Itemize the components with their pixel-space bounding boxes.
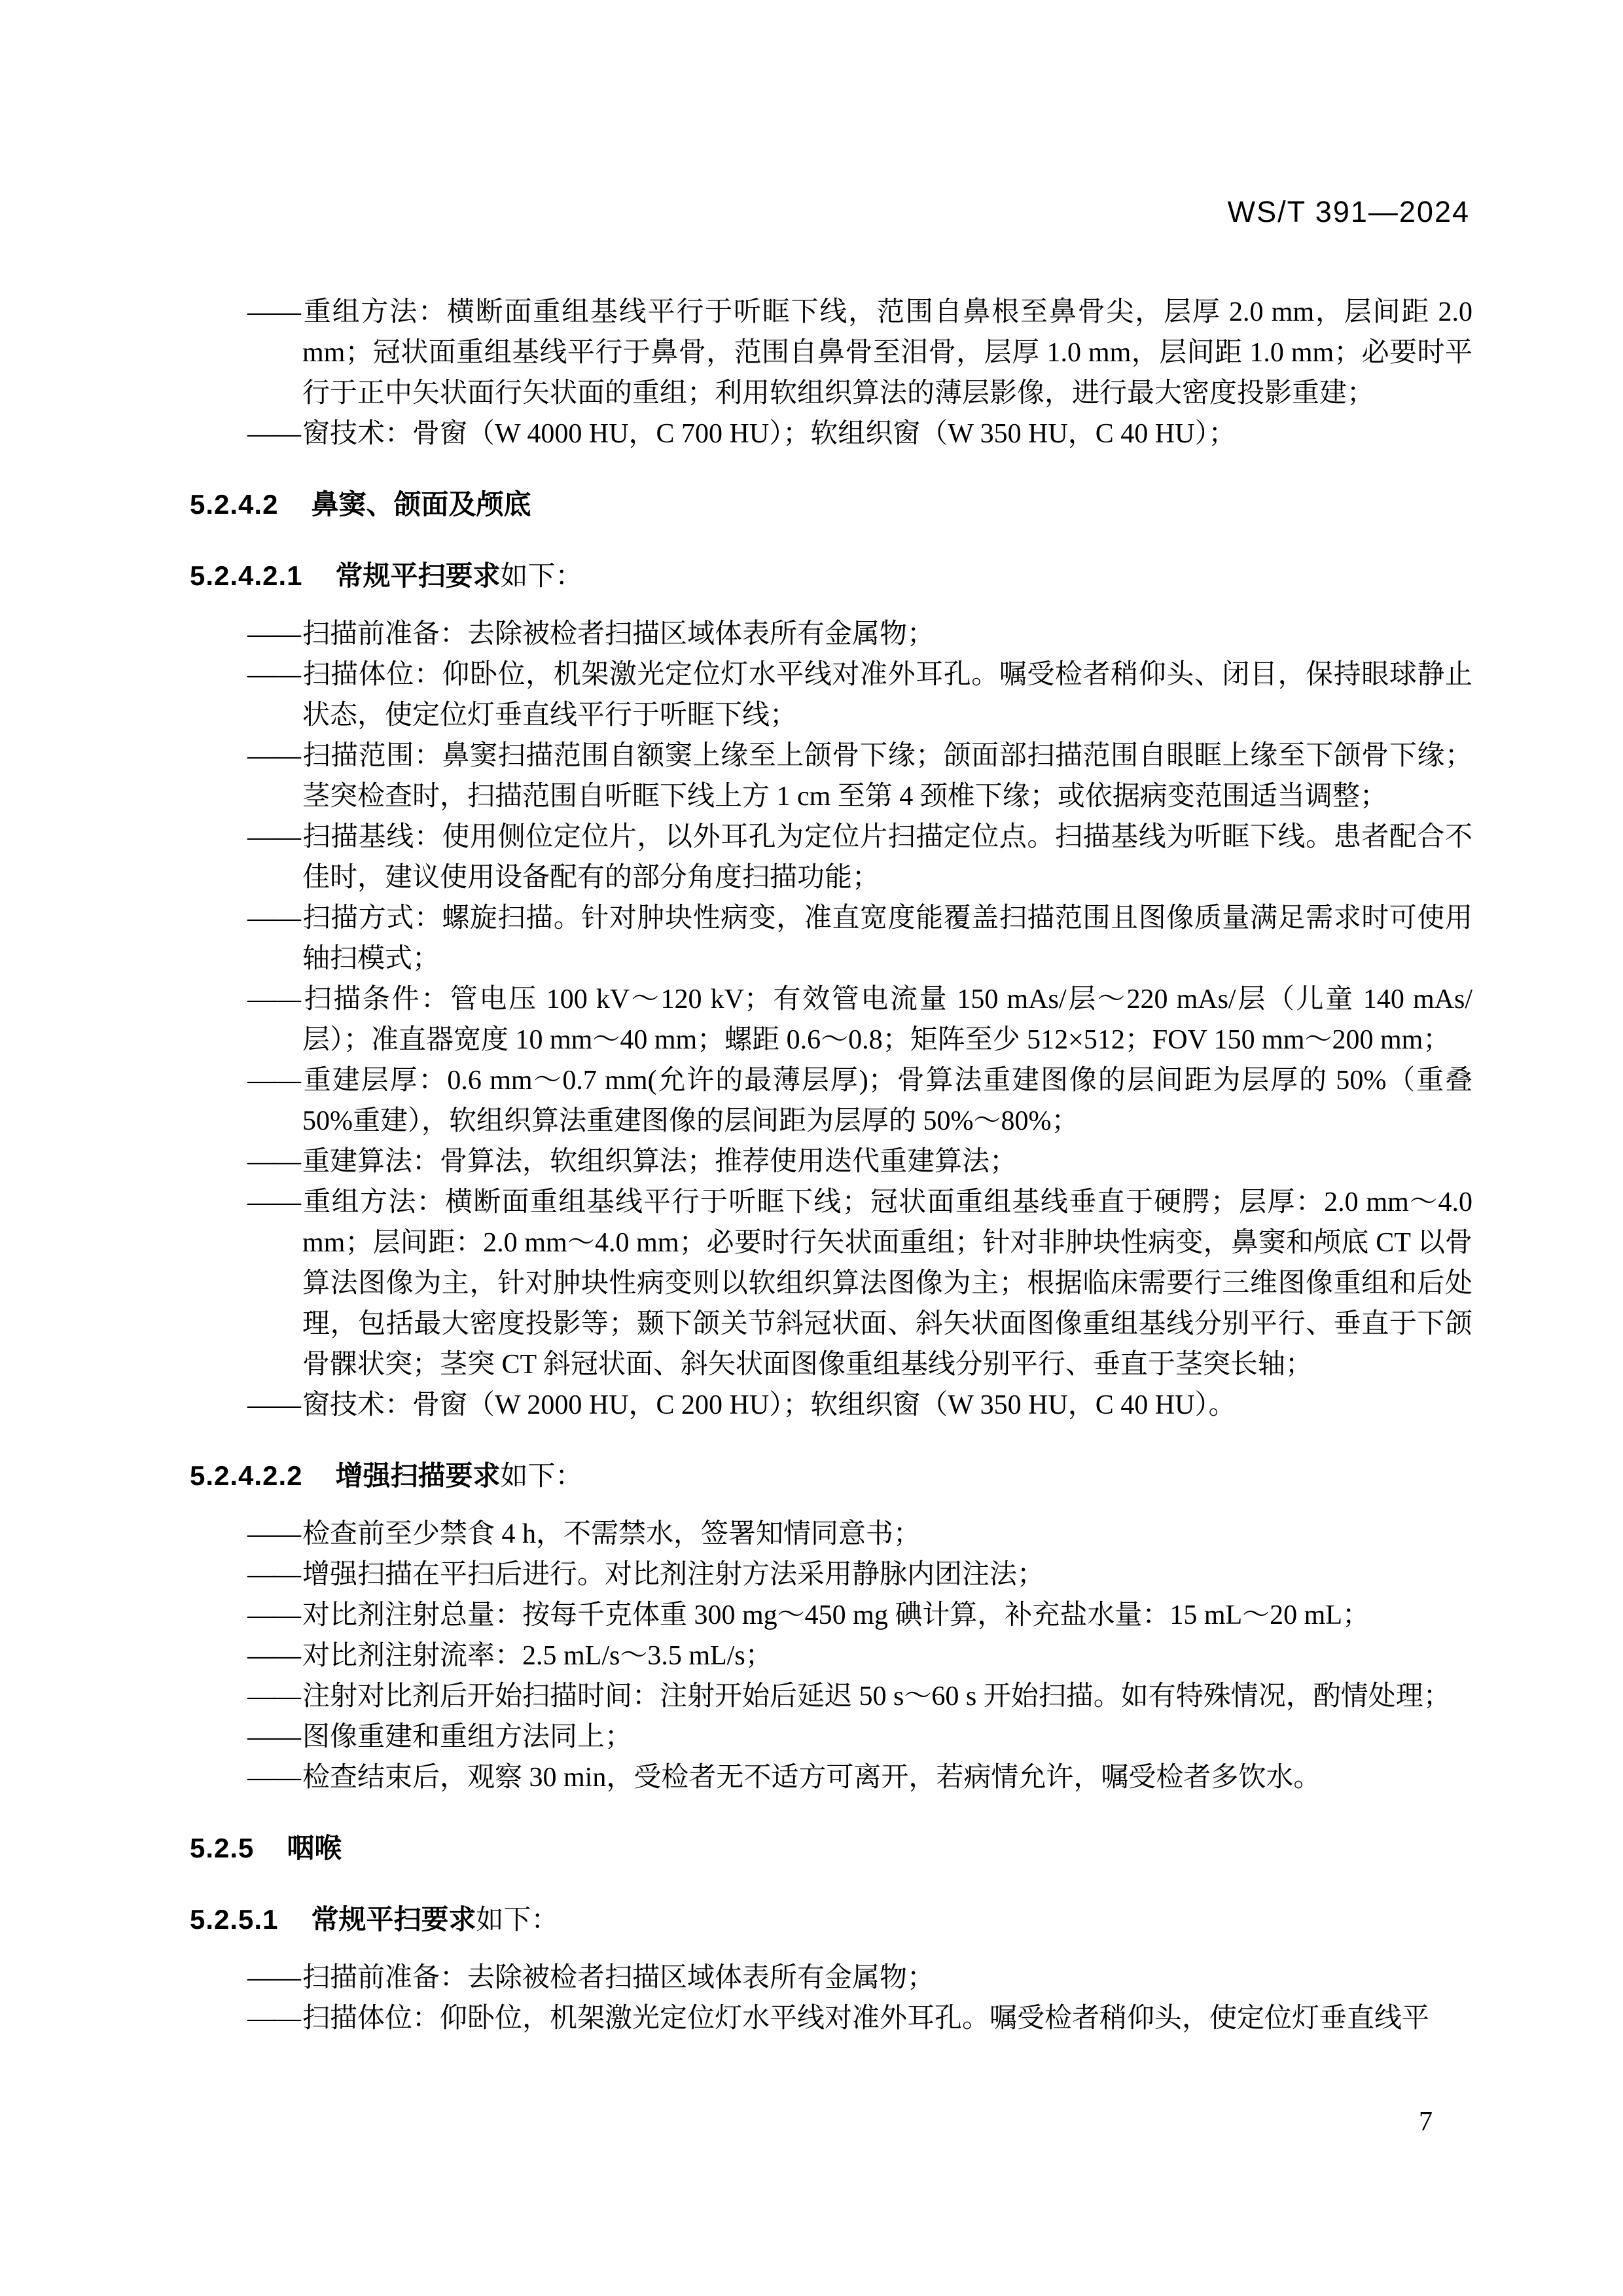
list-item-text: 重建层厚：0.6 mm～0.7 mm(允许的最薄层厚)；骨算法重建图像的层间距为… [302, 1066, 1472, 1136]
heading-title: 增强扫描要求 [335, 1460, 500, 1491]
heading-5-2-4-2-1: 5.2.4.2.1常规平扫要求如下： [190, 556, 1472, 597]
heading-5-2-5: 5.2.5咽喉 [190, 1828, 1472, 1869]
dash-marker: —— [247, 817, 302, 857]
list-item: ——重建算法：骨算法，软组织算法；推荐使用迭代重建算法； [247, 1141, 1472, 1182]
list-item-text: 对比剂注射总量：按每千克体重 300 mg～450 mg 碘计算，补充盐水量：1… [302, 1600, 1370, 1630]
list-item-text: 检查前至少禁食 4 h，不需禁水，签署知情同意书； [302, 1519, 921, 1549]
dash-marker: —— [247, 614, 302, 655]
dash-marker: —— [247, 1958, 302, 1998]
list-item-text: 窗技术：骨窗（W 2000 HU，C 200 HU）；软组织窗（W 350 HU… [302, 1390, 1236, 1420]
heading-title: 咽喉 [287, 1833, 342, 1863]
dash-marker: —— [247, 655, 302, 695]
heading-5-2-5-1: 5.2.5.1常规平扫要求如下： [190, 1899, 1472, 1941]
list-item-text: 扫描体位：仰卧位，机架激光定位灯水平线对准外耳孔。嘱受检者稍仰头，使定位灯垂直线… [302, 2003, 1429, 2034]
list-item-text: 重建算法：骨算法，软组织算法；推荐使用迭代重建算法； [302, 1147, 1017, 1177]
heading-number: 5.2.4.2.1 [190, 560, 302, 591]
list-item: ——扫描前准备：去除被检者扫描区域体表所有金属物； [247, 614, 1472, 655]
dash-marker: —— [247, 979, 302, 1020]
list-item: ——扫描基线：使用侧位定位片，以外耳孔为定位片扫描定位点。扫描基线为听眶下线。患… [247, 817, 1472, 898]
list-item: ——扫描体位：仰卧位，机架激光定位灯水平线对准外耳孔。嘱受检者稍仰头、闭目，保持… [247, 655, 1472, 736]
list-item: ——重组方法：横断面重组基线平行于听眶下线，范围自鼻根至鼻骨尖，层厚 2.0 m… [247, 292, 1472, 414]
list-item: ——对比剂注射总量：按每千克体重 300 mg～450 mg 碘计算，补充盐水量… [247, 1595, 1472, 1636]
dash-marker: —— [247, 1757, 302, 1798]
heading-suffix: 如下： [500, 1462, 582, 1492]
document-body: ——重组方法：横断面重组基线平行于听眶下线，范围自鼻根至鼻骨尖，层厚 2.0 m… [190, 292, 1472, 2039]
list-item-text: 扫描方式：螺旋扫描。针对肿块性病变，准直宽度能覆盖扫描范围且图像质量满足需求时可… [302, 903, 1472, 974]
list-item: ——检查结束后，观察 30 min，受检者无不适方可离开，若病情允许，嘱受检者多… [247, 1757, 1472, 1798]
dash-marker: —— [247, 1636, 302, 1676]
heading-number: 5.2.4.2 [190, 489, 278, 520]
list-item: ——扫描范围：鼻窦扫描范围自额窦上缘至上颌骨下缘；颌面部扫描范围自眼眶上缘至下颌… [247, 736, 1472, 817]
dash-marker: —— [247, 292, 302, 332]
dash-marker: —— [247, 1060, 302, 1101]
dash-marker: —— [247, 1182, 302, 1223]
list-item-text: 重组方法：横断面重组基线平行于听眶下线，范围自鼻根至鼻骨尖，层厚 2.0 mm，… [302, 297, 1472, 408]
list-item: ——检查前至少禁食 4 h，不需禁水，签署知情同意书； [247, 1514, 1472, 1554]
list-item: ——对比剂注射流率：2.5 mL/s～3.5 mL/s； [247, 1636, 1472, 1676]
list-item-text: 扫描前准备：去除被检者扫描区域体表所有金属物； [302, 619, 935, 649]
list-item-text: 增强扫描在平扫后进行。对比剂注射方法采用静脉内团注法； [302, 1560, 1044, 1590]
list-item: ——重组方法：横断面重组基线平行于听眶下线；冠状面重组基线垂直于硬腭；层厚：2.… [247, 1182, 1472, 1385]
list-item: ——图像重建和重组方法同上； [247, 1717, 1472, 1757]
dash-marker: —— [247, 1595, 302, 1636]
heading-suffix: 如下： [476, 1905, 558, 1935]
list-item-text: 窗技术：骨窗（W 4000 HU，C 700 HU）；软组织窗（W 350 HU… [302, 419, 1236, 449]
list-item-text: 扫描体位：仰卧位，机架激光定位灯水平线对准外耳孔。嘱受检者稍仰头、闭目，保持眼球… [302, 660, 1472, 730]
list-item-text: 扫描基线：使用侧位定位片，以外耳孔为定位片扫描定位点。扫描基线为听眶下线。患者配… [302, 822, 1472, 893]
heading-number: 5.2.5.1 [190, 1904, 278, 1935]
dash-marker: —— [247, 1717, 302, 1757]
dash-marker: —— [247, 736, 302, 776]
document-page: WS/T 391—2024 ——重组方法：横断面重组基线平行于听眶下线，范围自鼻… [0, 0, 1623, 2296]
list-item: ——窗技术：骨窗（W 4000 HU，C 700 HU）；软组织窗（W 350 … [247, 414, 1472, 454]
dash-marker: —— [247, 1998, 302, 2039]
list-item: ——重建层厚：0.6 mm～0.7 mm(允许的最薄层厚)；骨算法重建图像的层间… [247, 1060, 1472, 1141]
dash-marker: —— [247, 414, 302, 454]
list-item-text: 检查结束后，观察 30 min，受检者无不适方可离开，若病情允许，嘱受检者多饮水… [302, 1763, 1321, 1793]
list-item-text: 扫描范围：鼻窦扫描范围自额窦上缘至上颌骨下缘；颌面部扫描范围自眼眶上缘至下颌骨下… [302, 741, 1472, 812]
dash-marker: —— [247, 1514, 302, 1554]
heading-suffix: 如下： [500, 562, 582, 592]
heading-title: 常规平扫要求 [335, 560, 500, 591]
list-item: ——增强扫描在平扫后进行。对比剂注射方法采用静脉内团注法； [247, 1554, 1472, 1595]
dash-marker: —— [247, 898, 302, 939]
list-item: ——窗技术：骨窗（W 2000 HU，C 200 HU）；软组织窗（W 350 … [247, 1385, 1472, 1426]
list-item-text: 对比剂注射流率：2.5 mL/s～3.5 mL/s； [302, 1641, 773, 1671]
heading-title: 常规平扫要求 [311, 1904, 476, 1935]
dash-marker: —— [247, 1676, 302, 1717]
dash-marker: —— [247, 1141, 302, 1182]
list-item: ——扫描前准备：去除被检者扫描区域体表所有金属物； [247, 1958, 1472, 1998]
list-item-text: 扫描前准备：去除被检者扫描区域体表所有金属物； [302, 1963, 935, 1993]
dash-marker: —— [247, 1385, 302, 1426]
doc-code: WS/T 391—2024 [1228, 195, 1470, 229]
page-number: 7 [1419, 2106, 1433, 2138]
list-item-text: 图像重建和重组方法同上； [302, 1722, 632, 1752]
list-item-text: 重组方法：横断面重组基线平行于听眶下线；冠状面重组基线垂直于硬腭；层厚：2.0 … [302, 1187, 1472, 1380]
heading-5-2-4-2: 5.2.4.2鼻窦、颌面及颅底 [190, 484, 1472, 526]
list-item: ——扫描方式：螺旋扫描。针对肿块性病变，准直宽度能覆盖扫描范围且图像质量满足需求… [247, 898, 1472, 979]
heading-number: 5.2.5 [190, 1833, 254, 1863]
list-item: ——注射对比剂后开始扫描时间：注射开始后延迟 50 s～60 s 开始扫描。如有… [247, 1676, 1472, 1717]
heading-title: 鼻窦、颌面及颅底 [311, 489, 531, 520]
list-item-text: 扫描条件：管电压 100 kV～120 kV；有效管电流量 150 mAs/层～… [302, 984, 1472, 1055]
list-item-text: 注射对比剂后开始扫描时间：注射开始后延迟 50 s～60 s 开始扫描。如有特殊… [302, 1681, 1451, 1712]
heading-number: 5.2.4.2.2 [190, 1460, 302, 1491]
list-item: ——扫描条件：管电压 100 kV～120 kV；有效管电流量 150 mAs/… [247, 979, 1472, 1060]
heading-5-2-4-2-2: 5.2.4.2.2增强扫描要求如下： [190, 1456, 1472, 1497]
dash-marker: —— [247, 1554, 302, 1595]
list-item: ——扫描体位：仰卧位，机架激光定位灯水平线对准外耳孔。嘱受检者稍仰头，使定位灯垂… [247, 1998, 1472, 2039]
